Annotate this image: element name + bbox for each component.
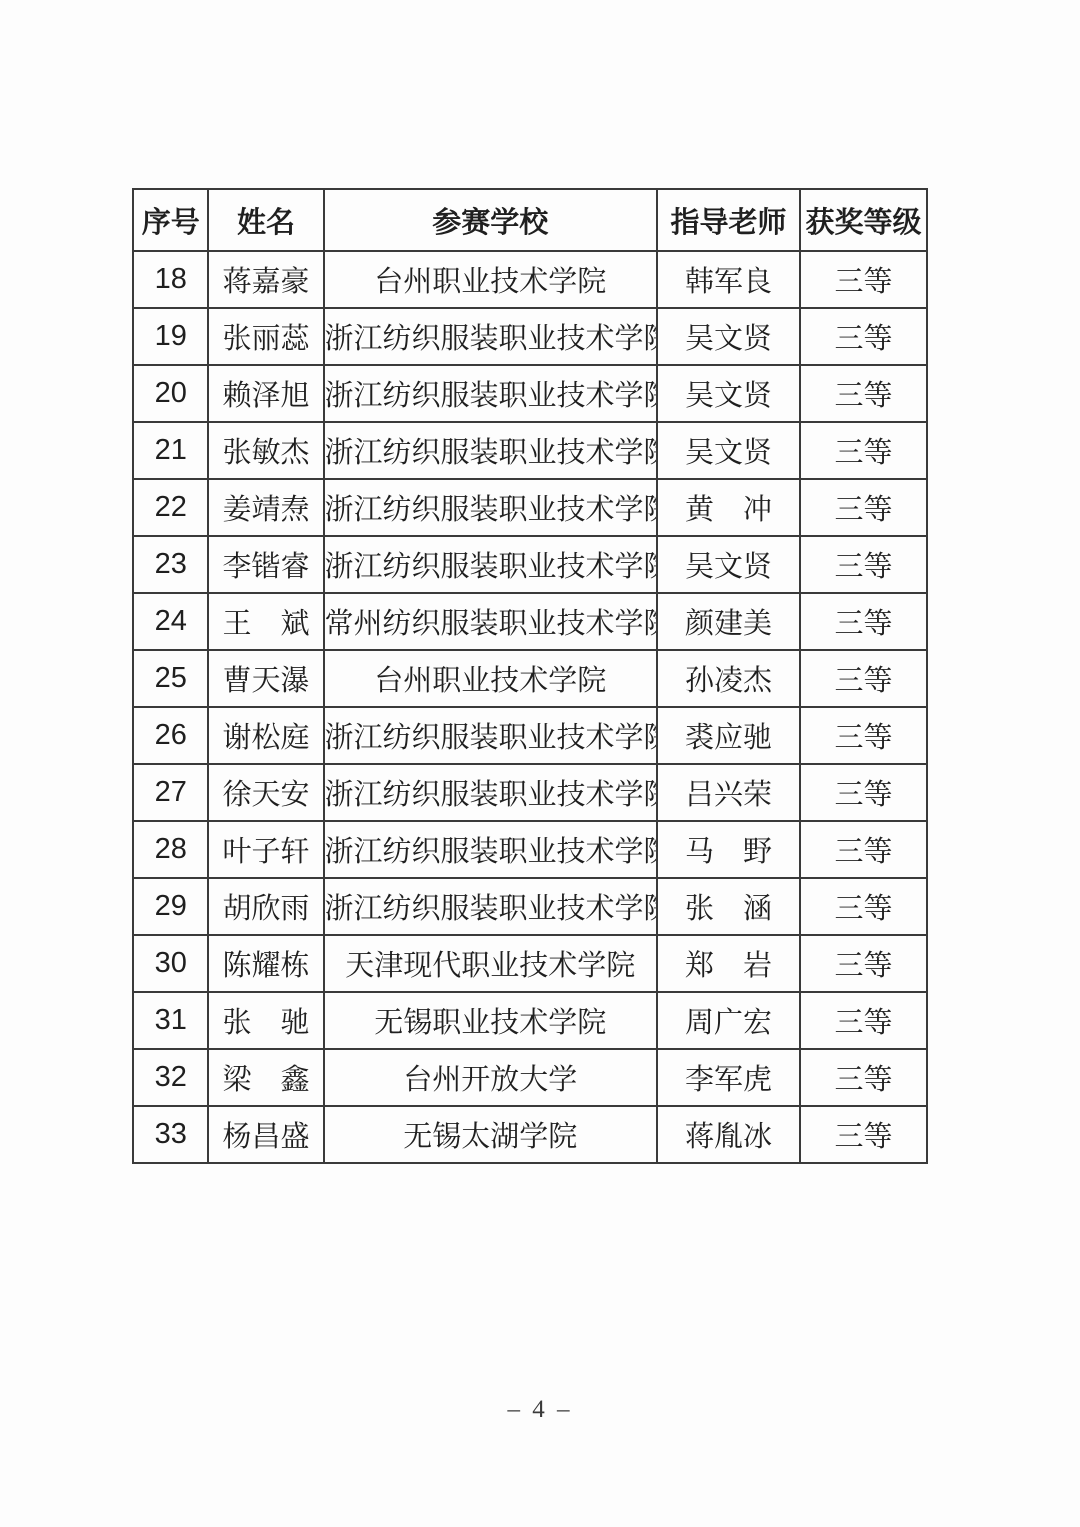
name-cell: 陈耀栋 xyxy=(208,935,323,992)
page-number: – 4 – xyxy=(0,1396,1080,1424)
table-row: 33杨昌盛无锡太湖学院蒋胤冰三等 xyxy=(133,1106,927,1163)
serial-cell: 20 xyxy=(133,365,208,422)
serial-cell: 21 xyxy=(133,422,208,479)
teacher-cell: 张 涵 xyxy=(657,878,800,935)
award-cell: 三等 xyxy=(800,422,927,479)
award-cell: 三等 xyxy=(800,251,927,308)
table-row: 21张敏杰浙江纺织服装职业技术学院吴文贤三等 xyxy=(133,422,927,479)
school-cell: 浙江纺织服装职业技术学院 xyxy=(324,536,657,593)
school-cell: 台州开放大学 xyxy=(324,1049,657,1106)
teacher-cell: 吴文贤 xyxy=(657,536,800,593)
teacher-cell: 孙凌杰 xyxy=(657,650,800,707)
school-cell: 浙江纺织服装职业技术学院 xyxy=(324,878,657,935)
teacher-cell: 吴文贤 xyxy=(657,308,800,365)
table-row: 30陈耀栋天津现代职业技术学院郑 岩三等 xyxy=(133,935,927,992)
award-cell: 三等 xyxy=(800,308,927,365)
teacher-cell: 裘应驰 xyxy=(657,707,800,764)
teacher-cell: 吴文贤 xyxy=(657,365,800,422)
name-cell: 姜靖焘 xyxy=(208,479,323,536)
serial-cell: 18 xyxy=(133,251,208,308)
award-cell: 三等 xyxy=(800,365,927,422)
document-page: 序号姓名参赛学校指导老师获奖等级 18蒋嘉豪台州职业技术学院韩军良三等19张丽蕊… xyxy=(0,0,1080,1527)
school-cell: 常州纺织服装职业技术学院 xyxy=(324,593,657,650)
school-cell: 浙江纺织服装职业技术学院 xyxy=(324,707,657,764)
award-cell: 三等 xyxy=(800,1106,927,1163)
table-row: 31张 驰无锡职业技术学院周广宏三等 xyxy=(133,992,927,1049)
school-cell: 浙江纺织服装职业技术学院 xyxy=(324,821,657,878)
school-cell: 浙江纺织服装职业技术学院 xyxy=(324,365,657,422)
table-row: 22姜靖焘浙江纺织服装职业技术学院黄 冲三等 xyxy=(133,479,927,536)
serial-cell: 32 xyxy=(133,1049,208,1106)
column-header-award: 获奖等级 xyxy=(800,189,927,251)
teacher-cell: 黄 冲 xyxy=(657,479,800,536)
serial-cell: 23 xyxy=(133,536,208,593)
table-row: 24王 斌常州纺织服装职业技术学院颜建美三等 xyxy=(133,593,927,650)
name-cell: 杨昌盛 xyxy=(208,1106,323,1163)
name-cell: 徐天安 xyxy=(208,764,323,821)
school-cell: 台州职业技术学院 xyxy=(324,650,657,707)
school-cell: 浙江纺织服装职业技术学院 xyxy=(324,479,657,536)
name-cell: 曹天瀑 xyxy=(208,650,323,707)
table-row: 23李锴睿浙江纺织服装职业技术学院吴文贤三等 xyxy=(133,536,927,593)
serial-cell: 29 xyxy=(133,878,208,935)
award-cell: 三等 xyxy=(800,878,927,935)
serial-cell: 33 xyxy=(133,1106,208,1163)
table-row: 20赖泽旭浙江纺织服装职业技术学院吴文贤三等 xyxy=(133,365,927,422)
school-cell: 浙江纺织服装职业技术学院 xyxy=(324,308,657,365)
school-cell: 无锡太湖学院 xyxy=(324,1106,657,1163)
name-cell: 梁 鑫 xyxy=(208,1049,323,1106)
teacher-cell: 颜建美 xyxy=(657,593,800,650)
table-row: 29胡欣雨浙江纺织服装职业技术学院张 涵三等 xyxy=(133,878,927,935)
serial-cell: 27 xyxy=(133,764,208,821)
award-cell: 三等 xyxy=(800,593,927,650)
teacher-cell: 马 野 xyxy=(657,821,800,878)
table-row: 18蒋嘉豪台州职业技术学院韩军良三等 xyxy=(133,251,927,308)
name-cell: 张敏杰 xyxy=(208,422,323,479)
name-cell: 胡欣雨 xyxy=(208,878,323,935)
table-body: 18蒋嘉豪台州职业技术学院韩军良三等19张丽蕊浙江纺织服装职业技术学院吴文贤三等… xyxy=(133,251,927,1163)
serial-cell: 31 xyxy=(133,992,208,1049)
school-cell: 天津现代职业技术学院 xyxy=(324,935,657,992)
name-cell: 赖泽旭 xyxy=(208,365,323,422)
table-row: 26谢松庭浙江纺织服装职业技术学院裘应驰三等 xyxy=(133,707,927,764)
table-header-row: 序号姓名参赛学校指导老师获奖等级 xyxy=(133,189,927,251)
teacher-cell: 郑 岩 xyxy=(657,935,800,992)
award-cell: 三等 xyxy=(800,821,927,878)
column-header-teacher: 指导老师 xyxy=(657,189,800,251)
serial-cell: 25 xyxy=(133,650,208,707)
award-cell: 三等 xyxy=(800,536,927,593)
school-cell: 浙江纺织服装职业技术学院 xyxy=(324,764,657,821)
serial-cell: 28 xyxy=(133,821,208,878)
serial-cell: 30 xyxy=(133,935,208,992)
award-cell: 三等 xyxy=(800,707,927,764)
column-header-school: 参赛学校 xyxy=(324,189,657,251)
serial-cell: 26 xyxy=(133,707,208,764)
name-cell: 张丽蕊 xyxy=(208,308,323,365)
name-cell: 王 斌 xyxy=(208,593,323,650)
award-table: 序号姓名参赛学校指导老师获奖等级 18蒋嘉豪台州职业技术学院韩军良三等19张丽蕊… xyxy=(132,188,928,1164)
name-cell: 蒋嘉豪 xyxy=(208,251,323,308)
award-cell: 三等 xyxy=(800,992,927,1049)
name-cell: 叶子轩 xyxy=(208,821,323,878)
column-header-name: 姓名 xyxy=(208,189,323,251)
table-row: 25曹天瀑台州职业技术学院孙凌杰三等 xyxy=(133,650,927,707)
table-row: 27徐天安浙江纺织服装职业技术学院吕兴荣三等 xyxy=(133,764,927,821)
award-cell: 三等 xyxy=(800,1049,927,1106)
table-row: 19张丽蕊浙江纺织服装职业技术学院吴文贤三等 xyxy=(133,308,927,365)
name-cell: 谢松庭 xyxy=(208,707,323,764)
table-row: 32梁 鑫台州开放大学李军虎三等 xyxy=(133,1049,927,1106)
teacher-cell: 李军虎 xyxy=(657,1049,800,1106)
teacher-cell: 吴文贤 xyxy=(657,422,800,479)
serial-cell: 22 xyxy=(133,479,208,536)
teacher-cell: 蒋胤冰 xyxy=(657,1106,800,1163)
table-row: 28叶子轩浙江纺织服装职业技术学院马 野三等 xyxy=(133,821,927,878)
serial-cell: 24 xyxy=(133,593,208,650)
school-cell: 台州职业技术学院 xyxy=(324,251,657,308)
award-cell: 三等 xyxy=(800,650,927,707)
award-cell: 三等 xyxy=(800,935,927,992)
name-cell: 李锴睿 xyxy=(208,536,323,593)
column-header-serial: 序号 xyxy=(133,189,208,251)
award-cell: 三等 xyxy=(800,764,927,821)
teacher-cell: 韩军良 xyxy=(657,251,800,308)
school-cell: 浙江纺织服装职业技术学院 xyxy=(324,422,657,479)
name-cell: 张 驰 xyxy=(208,992,323,1049)
teacher-cell: 吕兴荣 xyxy=(657,764,800,821)
teacher-cell: 周广宏 xyxy=(657,992,800,1049)
serial-cell: 19 xyxy=(133,308,208,365)
award-cell: 三等 xyxy=(800,479,927,536)
school-cell: 无锡职业技术学院 xyxy=(324,992,657,1049)
